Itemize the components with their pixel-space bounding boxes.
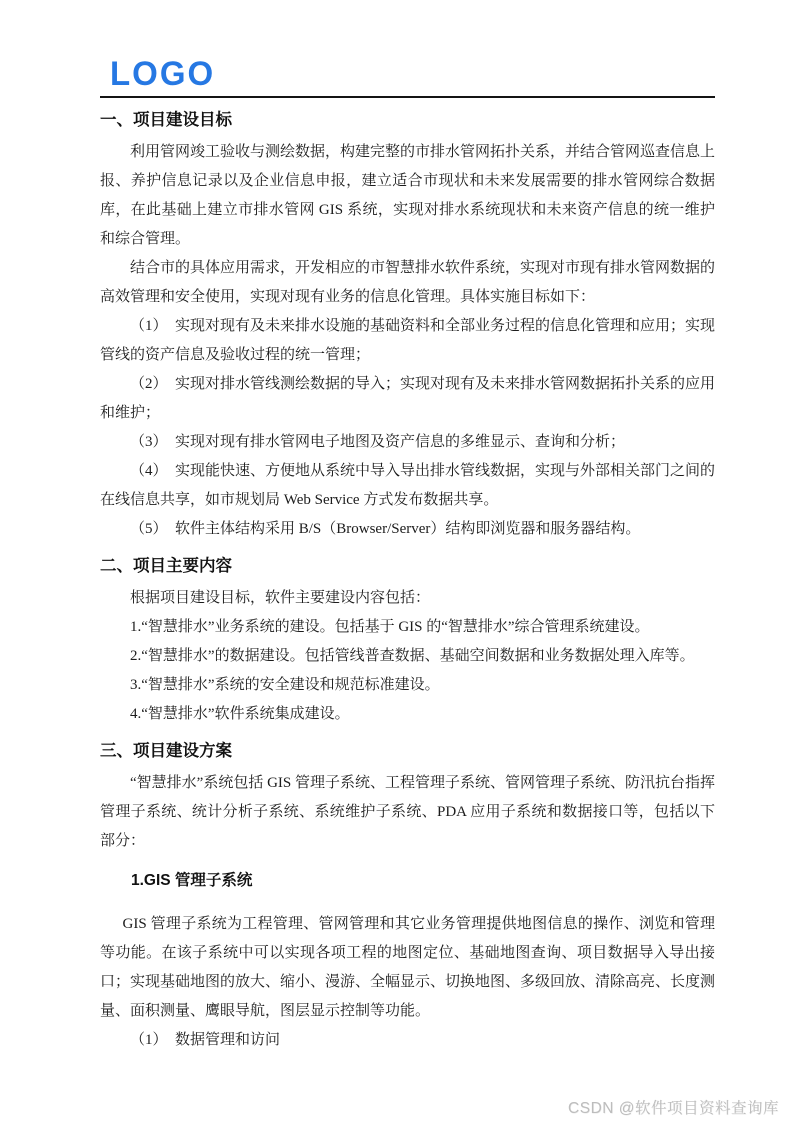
list-item: （3） 实现对现有排水管网电子地图及资产信息的多维显示、查询和分析； — [100, 428, 715, 457]
document-header: LOGO — [100, 58, 715, 98]
list-item: 3.“智慧排水”系统的安全建设和规范标准建设。 — [100, 671, 715, 700]
section-heading-2: 二、项目主要内容 — [100, 554, 715, 579]
paragraph: 结合市的具体应用需求，开发相应的市智慧排水软件系统，实现对市现有排水管网数据的高… — [100, 254, 715, 312]
list-item: （1） 数据管理和访问 — [100, 1026, 715, 1055]
paragraph: 利用管网竣工验收与测绘数据，构建完整的市排水管网拓扑关系，并结合管网巡查信息上报… — [100, 138, 715, 254]
section-heading-3: 三、项目建设方案 — [100, 739, 715, 764]
list-item: 2.“智慧排水”的数据建设。包括管线普查数据、基础空间数据和业务数据处理入库等。 — [100, 642, 715, 671]
document-page: LOGO 一、项目建设目标 利用管网竣工验收与测绘数据，构建完整的市排水管网拓扑… — [0, 0, 800, 1132]
section-heading-1: 一、项目建设目标 — [100, 108, 715, 133]
list-item: 1.“智慧排水”业务系统的建设。包括基于 GIS 的“智慧排水”综合管理系统建设… — [100, 613, 715, 642]
paragraph: 根据项目建设目标，软件主要建设内容包括： — [100, 584, 715, 613]
subsection-heading-gis: 1.GIS 管理子系统 — [100, 870, 715, 892]
header-divider-rule — [100, 96, 715, 98]
list-item: 4.“智慧排水”软件系统集成建设。 — [100, 700, 715, 729]
paragraph: “智慧排水”系统包括 GIS 管理子系统、工程管理子系统、管网管理子系统、防汛抗… — [100, 769, 715, 856]
paragraph: GIS 管理子系统为工程管理、管网管理和其它业务管理提供地图信息的操作、浏览和管… — [100, 910, 715, 1026]
list-item: （1） 实现对现有及未来排水设施的基础资料和全部业务过程的信息化管理和应用；实现… — [100, 312, 715, 370]
list-item: （5） 软件主体结构采用 B/S（Browser/Server）结构即浏览器和服… — [100, 515, 715, 544]
list-item: （4） 实现能快速、方便地从系统中导入导出排水管线数据，实现与外部相关部门之间的… — [100, 457, 715, 515]
csdn-watermark: CSDN @软件项目资料查询库 — [568, 1096, 779, 1118]
company-logo: LOGO — [110, 57, 715, 90]
list-item: （2） 实现对排水管线测绘数据的导入；实现对现有及未来排水管网数据拓扑关系的应用… — [100, 370, 715, 428]
